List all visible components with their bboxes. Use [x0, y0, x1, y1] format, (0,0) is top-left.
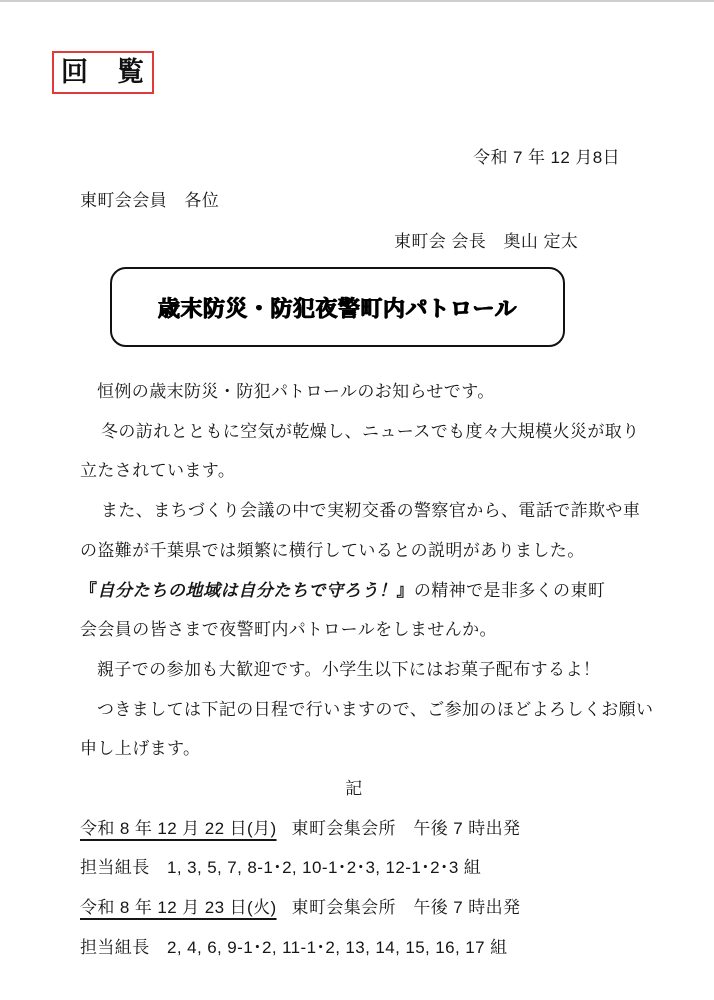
slogan-rest: の精神で是非多くの東町: [414, 581, 605, 600]
schedule-row: 令和 8 年 12 月 23 日(火)東町会集会所 午後 7 時出発: [80, 888, 658, 928]
body-line: 申し上げます。: [80, 729, 658, 769]
quote-close-bracket: 』: [396, 581, 413, 600]
notice-body: 恒例の歳末防災・防犯パトロールのお知らせです。 冬の訪れとともに空気が乾燥し、ニ…: [80, 372, 658, 968]
notice-title: 歳末防災・防犯夜警町内パトロール: [158, 292, 517, 323]
schedule-venue-time: 東町会集会所 午後 7 時出発: [292, 819, 521, 838]
body-line-slogan: 『自分たちの地域は自分たちで守ろう！』の精神で是非多くの東町: [80, 571, 658, 611]
schedule-date: 令和 8 年 12 月 23 日(火): [80, 898, 277, 917]
body-line: 恒例の歳末防災・防犯パトロールのお知らせです。: [80, 372, 658, 412]
body-line: 会会員の皆さまで夜警町内パトロールをしませんか。: [80, 610, 658, 650]
quote-open-bracket: 『: [80, 581, 97, 600]
circular-notice-page: 回 覧 令和 7 年 12 月8日 東町会会員 各位 東町会 会長 奥山 定太 …: [0, 0, 714, 1000]
kairan-stamp-box: 回 覧: [52, 51, 154, 94]
body-line: 立たされています。: [80, 451, 658, 491]
body-line: の盗難が千葉県では頻繁に横行しているとの説明がありました。: [80, 531, 658, 571]
schedule-venue-time: 東町会集会所 午後 7 時出発: [292, 898, 521, 917]
document-date: 令和 7 年 12 月8日: [0, 143, 620, 168]
body-line: 親子での参加も大歓迎です。小学生以下にはお菓子配布するよ！: [80, 650, 658, 690]
schedule-groups-row: 担当組長 2, 4, 6, 9-1･2, 11-1･2, 13, 14, 15,…: [80, 928, 658, 968]
kairan-label: 回 覧: [61, 59, 145, 86]
record-heading: 記: [80, 769, 658, 809]
top-divider: [0, 0, 714, 2]
notice-title-box: 歳末防災・防犯夜警町内パトロール: [110, 267, 565, 347]
slogan-emphasis: 自分たちの地域は自分たちで守ろう！: [97, 581, 396, 600]
schedule-groups-row: 担当組長 1, 3, 5, 7, 8-1･2, 10-1･2･3, 12-1･2…: [80, 848, 658, 888]
addressee-line: 東町会会員 各位: [80, 186, 219, 211]
body-line: また、まちづくり会議の中で実籾交番の警察官から、電話で詐欺や車: [80, 491, 658, 531]
sender-line: 東町会 会長 奥山 定太: [394, 227, 578, 252]
schedule-row: 令和 8 年 12 月 22 日(月)東町会集会所 午後 7 時出発: [80, 809, 658, 849]
body-line: 冬の訪れとともに空気が乾燥し、ニュースでも度々大規模火災が取り: [80, 412, 658, 452]
body-line: つきましては下記の日程で行いますので、ご参加のほどよろしくお願い: [80, 690, 658, 730]
schedule-date: 令和 8 年 12 月 22 日(月): [80, 819, 277, 838]
